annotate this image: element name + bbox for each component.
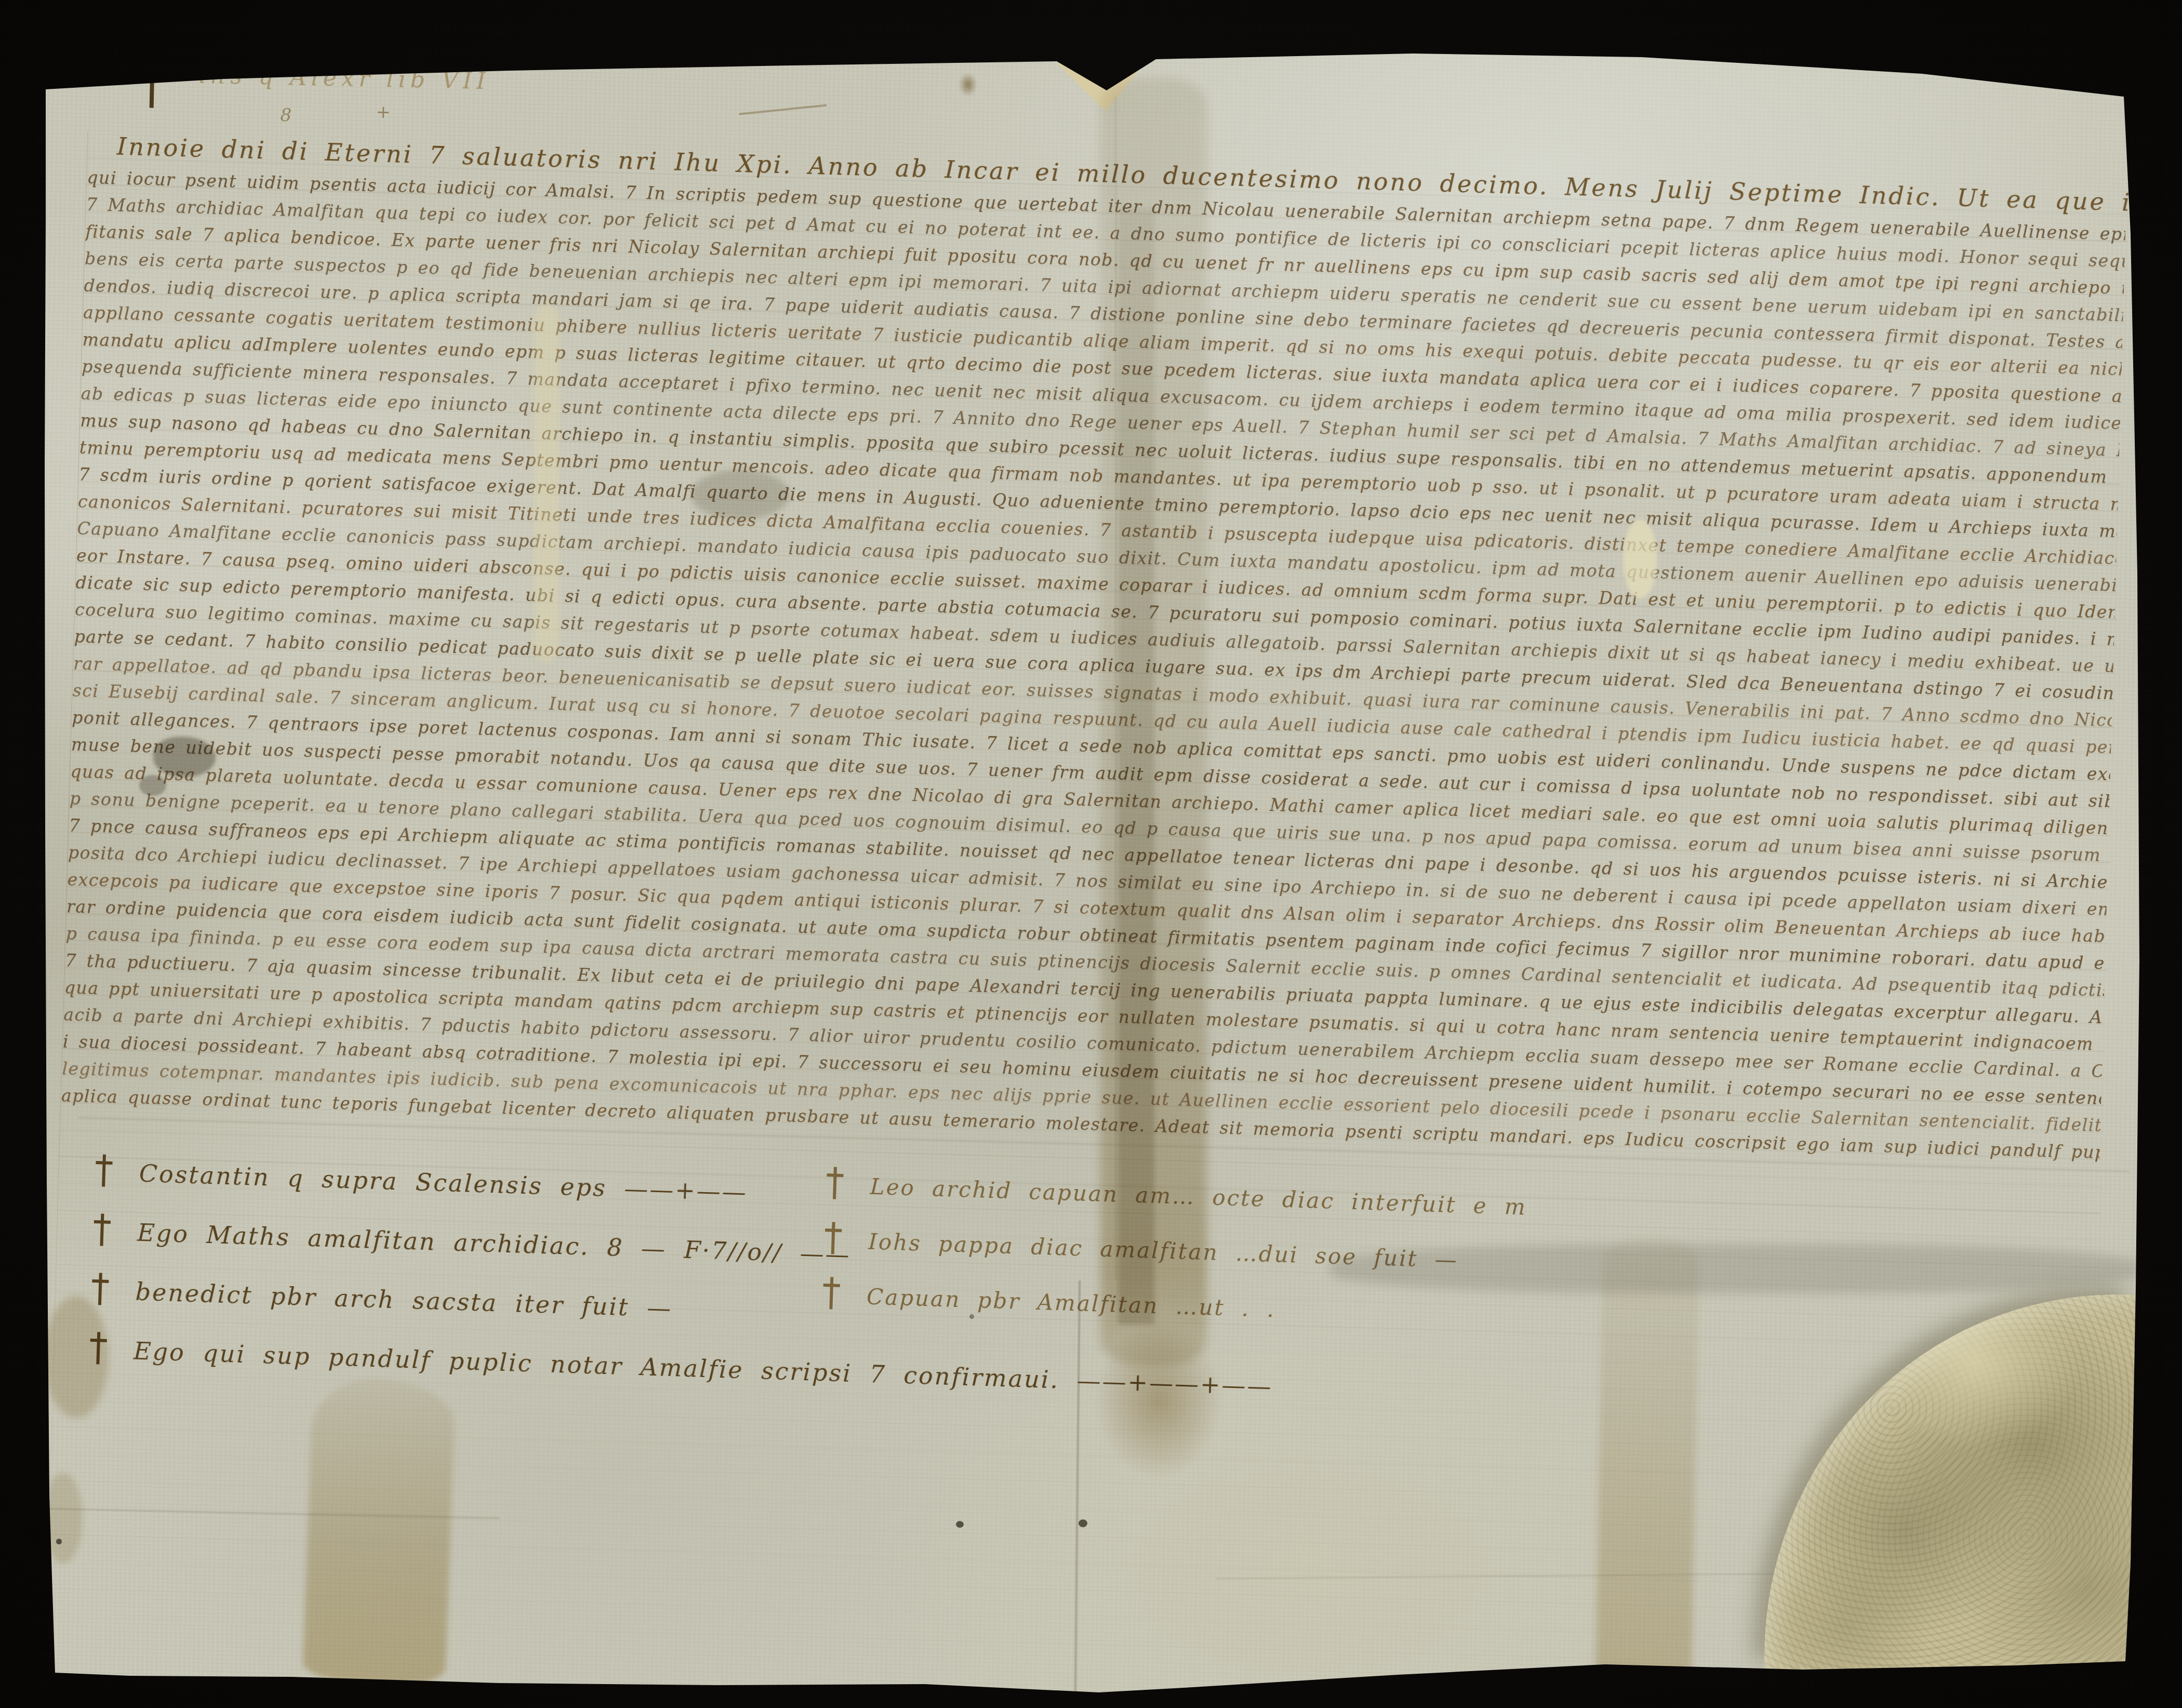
signature-capuanus-pbr-amalfitan: Capuan pbr Amalfitan …ut . . bbox=[822, 1277, 1524, 1331]
charter-body-text: Innoie dni di Eterni 7 saluatoris nri Ih… bbox=[61, 130, 2126, 1166]
signature-text: benedict pbr arch sacsta iter fuit — bbox=[135, 1278, 673, 1323]
invocation-cross-icon bbox=[141, 63, 163, 108]
signature-cross-icon bbox=[95, 1154, 113, 1187]
signature-cross-icon bbox=[93, 1213, 111, 1246]
signature-cross-icon bbox=[822, 1277, 840, 1310]
signature-cross-icon bbox=[91, 1273, 109, 1305]
signature-iohannes-pappa-diac: Iohs pappa diac amalfitan …dui soe fuit … bbox=[824, 1222, 1526, 1276]
signature-text: Capuan pbr Amalfitan …ut . . bbox=[866, 1284, 1275, 1323]
archival-note-text: ihs q Alexr lib VII bbox=[198, 64, 490, 94]
signature-text: Ego qui sup pandulf puplic notar Amalfie… bbox=[133, 1337, 1273, 1400]
pen-trial-mark: 8 bbox=[280, 106, 291, 124]
dark-speck bbox=[1079, 1519, 1087, 1527]
pen-trial-mark: + bbox=[376, 103, 391, 122]
dark-speck bbox=[56, 1539, 62, 1544]
pen-stroke-mark bbox=[739, 104, 827, 115]
signature-cross-icon bbox=[826, 1167, 844, 1199]
dark-speck bbox=[956, 1521, 964, 1528]
marginal-archival-note: ihs q Alexr lib VII 8 + bbox=[141, 63, 973, 142]
witness-signatures-right-column: Leo archid capuan am… octe diac interfui… bbox=[822, 1167, 1527, 1354]
signature-cross-icon bbox=[824, 1222, 842, 1255]
signature-pandulfus-notarius: Ego qui sup pandulf puplic notar Amalfie… bbox=[89, 1332, 1273, 1402]
signature-text: Ego Maths amalfitan archidiac. 8 — F·7∕∕… bbox=[137, 1219, 851, 1269]
photo-background: ihs q Alexr lib VII 8 + Innoie dni di Et… bbox=[0, 0, 2182, 1708]
signature-text: Iohs pappa diac amalfitan …dui soe fuit … bbox=[868, 1229, 1459, 1273]
parchment-edge-notch bbox=[1057, 59, 1148, 111]
signature-cross-icon bbox=[89, 1332, 107, 1365]
parchment-sheet: ihs q Alexr lib VII 8 + Innoie dni di Et… bbox=[0, 0, 2182, 1708]
dark-speck bbox=[969, 1314, 974, 1319]
